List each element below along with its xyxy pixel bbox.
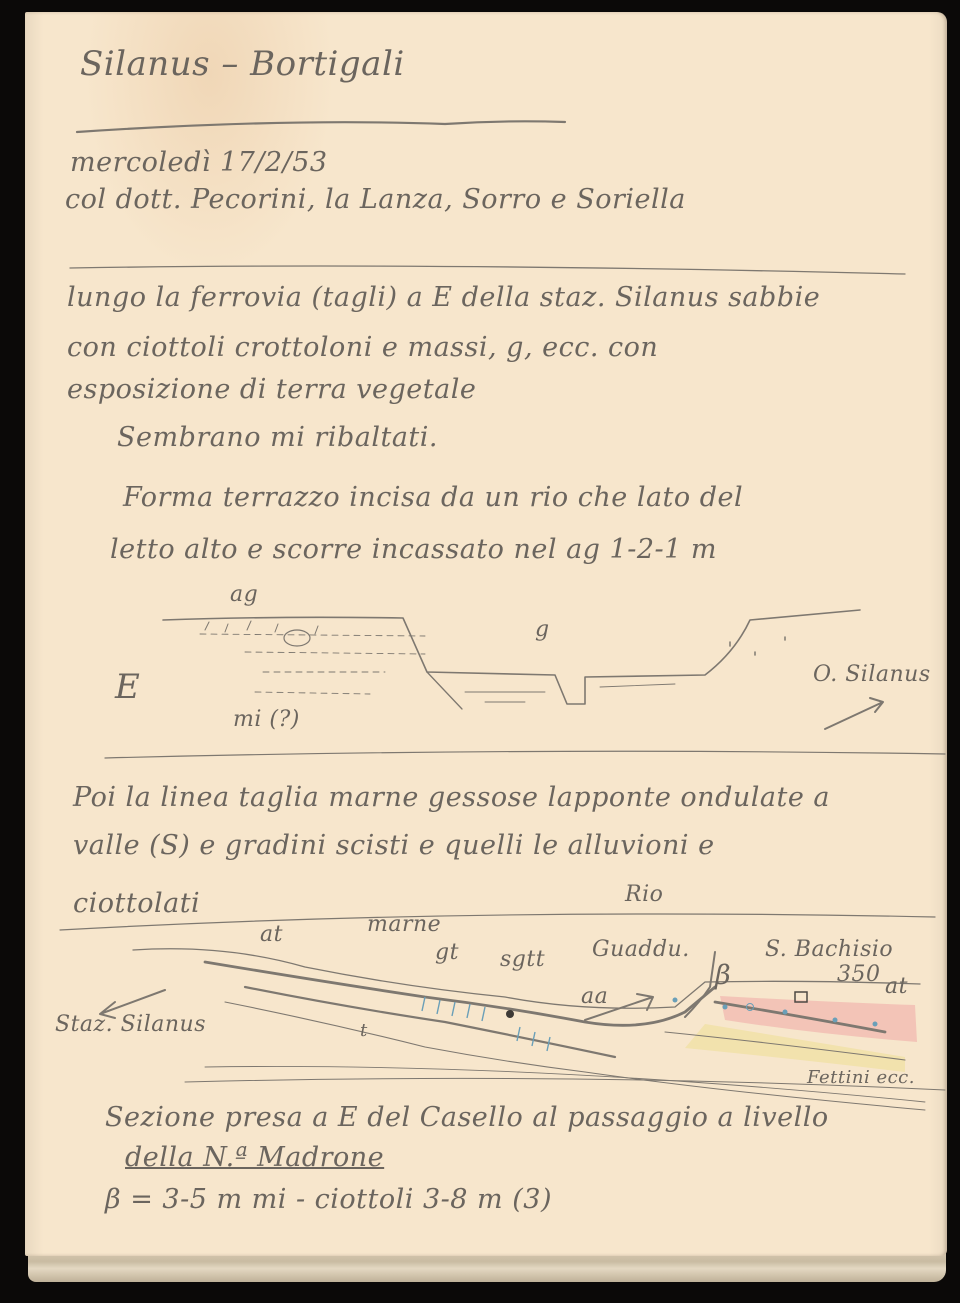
notebook-page: Silanus – Bortigali mercoledì 17/2/53 co… [25, 12, 947, 1256]
sketch2-label-elevation: 350 [837, 962, 881, 987]
footer-line-1: Sezione presa a E del Casello al passagg… [105, 1102, 829, 1133]
sketch2-label-aa: aa [581, 984, 608, 1009]
sketch2-label-t: t [360, 1020, 368, 1041]
sketch2-label-sgtt: sgtt [500, 947, 545, 972]
sketch2-label-s-bachisio: S. Bachisio [765, 937, 893, 962]
sketch2-label-rio: Rio [625, 882, 663, 907]
footer-line-3: β = 3-5 m mi - ciottoli 3-8 m (3) [105, 1184, 552, 1215]
sketch2-label-marne: marne [367, 912, 441, 937]
sketch2-label-at-right: at [885, 974, 908, 999]
sketch2-label-fettini: Fettini ecc. [807, 1067, 915, 1088]
footer-line-2: della N.ª Madrone [125, 1142, 384, 1173]
sketch2-label-gt: gt [435, 940, 459, 965]
sketch2-label-beta: β [715, 960, 731, 991]
sketch2-label-at: at [260, 922, 283, 947]
sketch2-label-guaddu: Guaddu. [592, 937, 690, 962]
sketch2-label-station: Staz. Silanus [55, 1012, 206, 1037]
